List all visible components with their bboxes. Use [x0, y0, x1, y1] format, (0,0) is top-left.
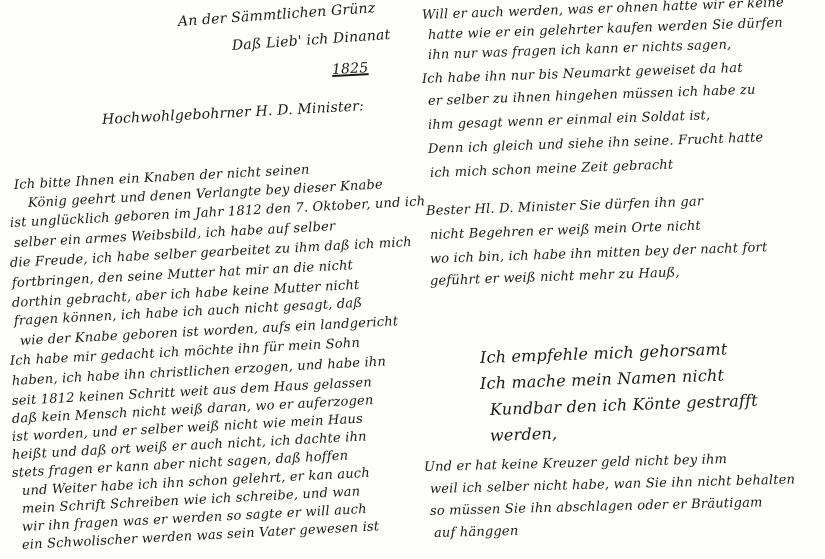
paragraph2-line: ihm gesagt wenn er einmal ein Soldat ist…	[428, 108, 711, 134]
left-column: An der Sämmtlichen Grünz Daß Lieb' ich D…	[0, 0, 412, 559]
salutation: Hochwohlgebohrner H. D. Minister:	[102, 98, 365, 128]
paragraph3-line: Bester Hl. D. Minister Sie dürfen ihn ga…	[426, 194, 704, 220]
paragraph3-line: wo ich bin, ich habe ihn mitten bey der …	[430, 240, 768, 268]
manuscript-page: An der Sämmtlichen Grünz Daß Lieb' ich D…	[0, 0, 825, 559]
closing-line: Ich empfehle mich gehorsamt	[480, 339, 728, 368]
paragraph3-line: geführt er weiß nicht mehr zu Hauß,	[430, 265, 680, 290]
postscript-line: weil ich selber nicht habe, wan Sie ihn …	[430, 472, 796, 498]
header-year: 1825	[332, 60, 369, 78]
header-line-2: Daß Lieb' ich Dinanat	[231, 27, 390, 54]
paragraph2-line: er selber zu ihnen hingehen müssen ich h…	[428, 83, 756, 110]
right-column: Will er auch werden, was er ohnen hatte …	[418, 0, 825, 559]
paragraph3-line: nicht Begehren er weiß mein Orte nicht	[430, 219, 701, 244]
header-line-1: An der Sämmtlichen Grünz	[177, 0, 375, 30]
closing-line: Kundbar den ich Könte gestrafft	[490, 391, 759, 420]
closing-line: Ich mache mein Namen nicht	[480, 365, 725, 394]
closing-line: werden,	[490, 424, 558, 446]
postscript-line: auf hänggen	[434, 524, 519, 542]
paragraph2-line: Denn ich gleich und siehe ihn seine. Fru…	[428, 130, 764, 158]
paragraph2-line: ich mich schon meine Zeit gebracht	[430, 158, 674, 182]
postscript-line: Und er hat keine Kreuzer geld nicht bey …	[424, 452, 728, 476]
postscript-line: so müssen Sie ihn abschlagen oder er Brä…	[430, 495, 763, 520]
